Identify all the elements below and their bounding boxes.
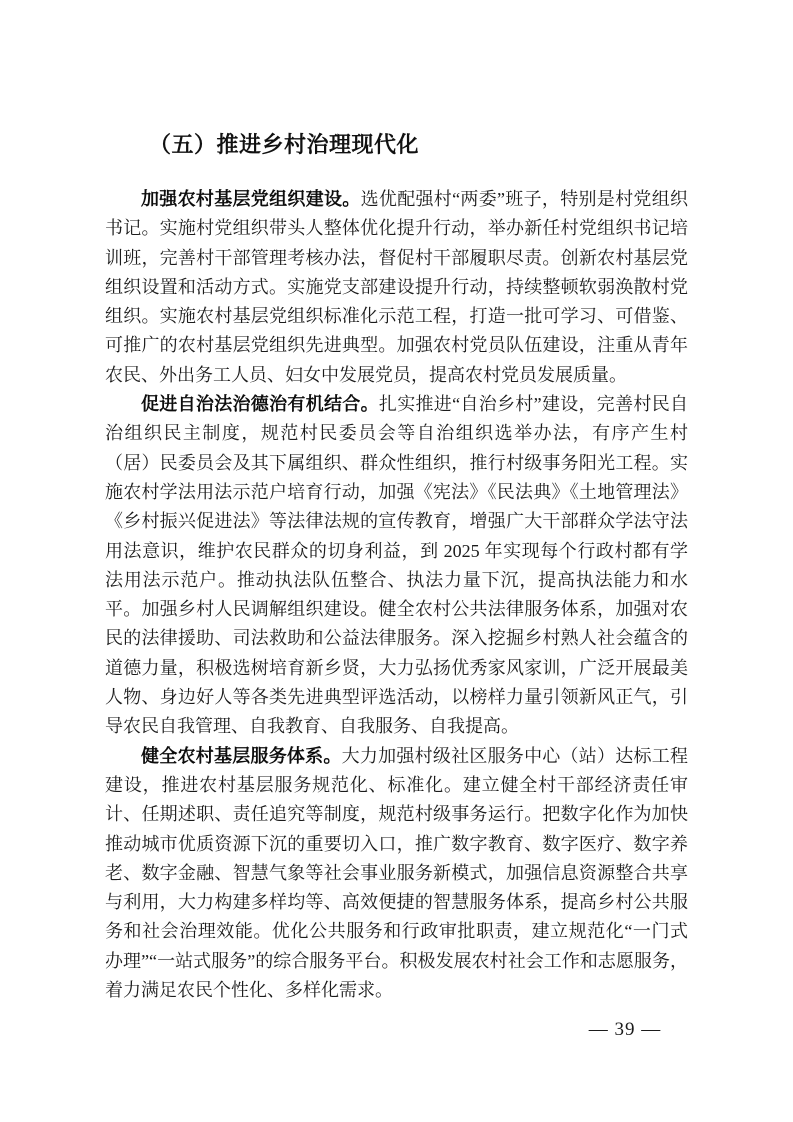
paragraph: 加强农村基层党组织建设。选优配强村“两委”班子，特别是村党组织书记。实施村党组织… (105, 185, 688, 390)
document-page: （五）推进乡村治理现代化 加强农村基层党组织建设。选优配强村“两委”班子，特别是… (0, 0, 793, 1122)
paragraph-lead: 健全农村基层服务体系。 (141, 746, 342, 766)
paragraph-lead: 加强农村基层党组织建设。 (141, 189, 361, 209)
paragraph-body: 扎实推进“自治乡村”建设，完善村民自治组织民主制度，规范村民委员会等自治组织选举… (105, 394, 688, 736)
paragraph-body: 大力加强村级社区服务中心（站）达标工程建设，推进农村基层服务规范化、标准化。建立… (105, 746, 688, 1000)
paragraph: 健全农村基层服务体系。大力加强村级社区服务中心（站）达标工程建设，推进农村基层服… (105, 742, 688, 1006)
paragraph-lead: 促进自治法治德治有机结合。 (141, 394, 379, 414)
page-number: — 39 — (560, 1019, 690, 1041)
paragraph-body: 选优配强村“两委”班子，特别是村党组织书记。实施村党组织带头人整体优化提升行动，… (105, 189, 688, 385)
document-content: （五）推进乡村治理现代化 加强农村基层党组织建设。选优配强村“两委”班子，特别是… (105, 128, 688, 1005)
section-heading: （五）推进乡村治理现代化 (149, 128, 688, 159)
paragraph: 促进自治法治德治有机结合。扎实推进“自治乡村”建设，完善村民自治组织民主制度，规… (105, 390, 688, 742)
